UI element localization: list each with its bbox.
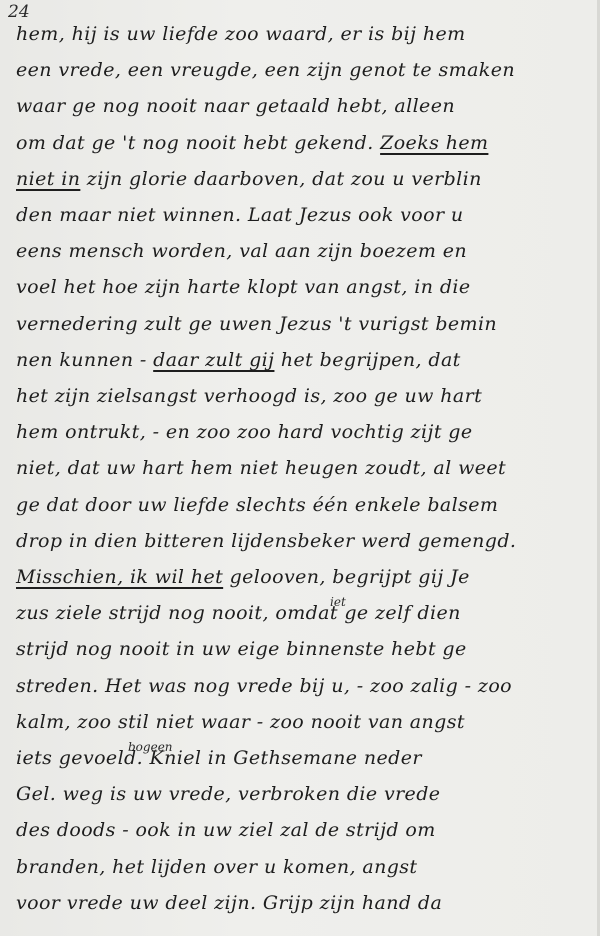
line-text: ge dat door uw liefde slechts één enkele…: [16, 494, 498, 516]
manuscript-line: Gel. weg is uw vrede, verbroken die vred…: [16, 782, 586, 806]
manuscript-line: den maar niet winnen. Laat Jezus ook voo…: [16, 203, 586, 227]
line-text: hem ontrukt, - en zoo zoo hard vochtig z…: [16, 421, 473, 443]
line-text: nen kunnen -: [16, 349, 153, 371]
underlined-text: daar zult gij: [153, 349, 274, 371]
line-text: het begrijpen, dat: [274, 349, 460, 371]
line-text: zijn glorie daarboven, dat zou u verblin: [80, 168, 481, 190]
line-text: niet, dat uw hart hem niet heugen zoudt,…: [16, 457, 506, 479]
manuscript-line: drop in dien bitteren lijdensbeker werd …: [16, 529, 586, 553]
line-text: het zijn zielsangst verhoogd is, zoo ge …: [16, 385, 482, 407]
manuscript-line: eens mensch worden, val aan zijn boezem …: [16, 239, 586, 263]
line-text: waar ge nog nooit naar getaald hebt, all…: [16, 95, 455, 117]
interlinear-correction: bogeen: [128, 740, 173, 754]
manuscript-page: 24 hem, hij is uw liefde zoo waard, er i…: [0, 0, 600, 936]
manuscript-line: een vrede, een vreugde, een zijn genot t…: [16, 58, 586, 82]
manuscript-line: niet in zijn glorie daarboven, dat zou u…: [16, 167, 586, 191]
manuscript-line: om dat ge 't nog nooit hebt gekend. Zoek…: [16, 131, 586, 155]
manuscript-line: hem, hij is uw liefde zoo waard, er is b…: [16, 22, 586, 46]
manuscript-line: nen kunnen - daar zult gij het begrijpen…: [16, 348, 586, 372]
underlined-text: Zoeks hem: [380, 132, 488, 154]
manuscript-line: zus ziele strijd nog nooit, omdat ge zel…: [16, 601, 586, 625]
line-text: den maar niet winnen. Laat Jezus ook voo…: [16, 204, 464, 226]
line-text: om dat ge 't nog nooit hebt gekend.: [16, 132, 380, 154]
line-text: voel het hoe zijn harte klopt van angst,…: [16, 276, 471, 298]
manuscript-line: voel het hoe zijn harte klopt van angst,…: [16, 275, 586, 299]
line-text: een vrede, een vreugde, een zijn genot t…: [16, 59, 515, 81]
line-text: eens mensch worden, val aan zijn boezem …: [16, 240, 467, 262]
line-text: strijd nog nooit in uw eige binnenste he…: [16, 638, 467, 660]
line-text: kalm, zoo stil niet waar - zoo nooit van…: [16, 711, 465, 733]
manuscript-line: niet, dat uw hart hem niet heugen zoudt,…: [16, 456, 586, 480]
manuscript-line: iets gevoeld. Kniel in Gethsemane neder: [16, 746, 586, 770]
line-text: hem, hij is uw liefde zoo waard, er is b…: [16, 23, 466, 45]
line-text: gelooven, begrijpt gij Je: [223, 566, 470, 588]
line-text: streden. Het was nog vrede bij u, - zoo …: [16, 675, 512, 697]
interlinear-correction: iet: [330, 595, 346, 609]
line-text: Gel. weg is uw vrede, verbroken die vred…: [16, 783, 440, 805]
manuscript-line: Misschien, ik wil het gelooven, begrijpt…: [16, 565, 586, 589]
line-text: vernedering zult ge uwen Jezus 't vurigs…: [16, 313, 497, 335]
underlined-text: Misschien, ik wil het: [16, 566, 223, 588]
manuscript-line: ge dat door uw liefde slechts één enkele…: [16, 493, 586, 517]
line-text: branden, het lijden over u komen, angst: [16, 856, 417, 878]
manuscript-line: voor vrede uw deel zijn. Grijp zijn hand…: [16, 891, 586, 915]
page-number: 24: [8, 2, 30, 22]
line-text: drop in dien bitteren lijdensbeker werd …: [16, 530, 516, 552]
manuscript-line: vernedering zult ge uwen Jezus 't vurigs…: [16, 312, 586, 336]
manuscript-line: des doods - ook in uw ziel zal de strijd…: [16, 818, 586, 842]
line-text: voor vrede uw deel zijn. Grijp zijn hand…: [16, 892, 442, 914]
manuscript-line: waar ge nog nooit naar getaald hebt, all…: [16, 94, 586, 118]
line-text: des doods - ook in uw ziel zal de strijd…: [16, 819, 436, 841]
manuscript-line: streden. Het was nog vrede bij u, - zoo …: [16, 674, 586, 698]
manuscript-line: strijd nog nooit in uw eige binnenste he…: [16, 637, 586, 661]
manuscript-line: kalm, zoo stil niet waar - zoo nooit van…: [16, 710, 586, 734]
manuscript-line: het zijn zielsangst verhoogd is, zoo ge …: [16, 384, 586, 408]
line-text: zus ziele strijd nog nooit, omdat ge zel…: [16, 602, 461, 624]
manuscript-line: branden, het lijden over u komen, angst: [16, 855, 586, 879]
underlined-text: niet in: [16, 168, 80, 190]
manuscript-line: hem ontrukt, - en zoo zoo hard vochtig z…: [16, 420, 586, 444]
line-text: iets gevoeld. Kniel in Gethsemane neder: [16, 747, 422, 769]
